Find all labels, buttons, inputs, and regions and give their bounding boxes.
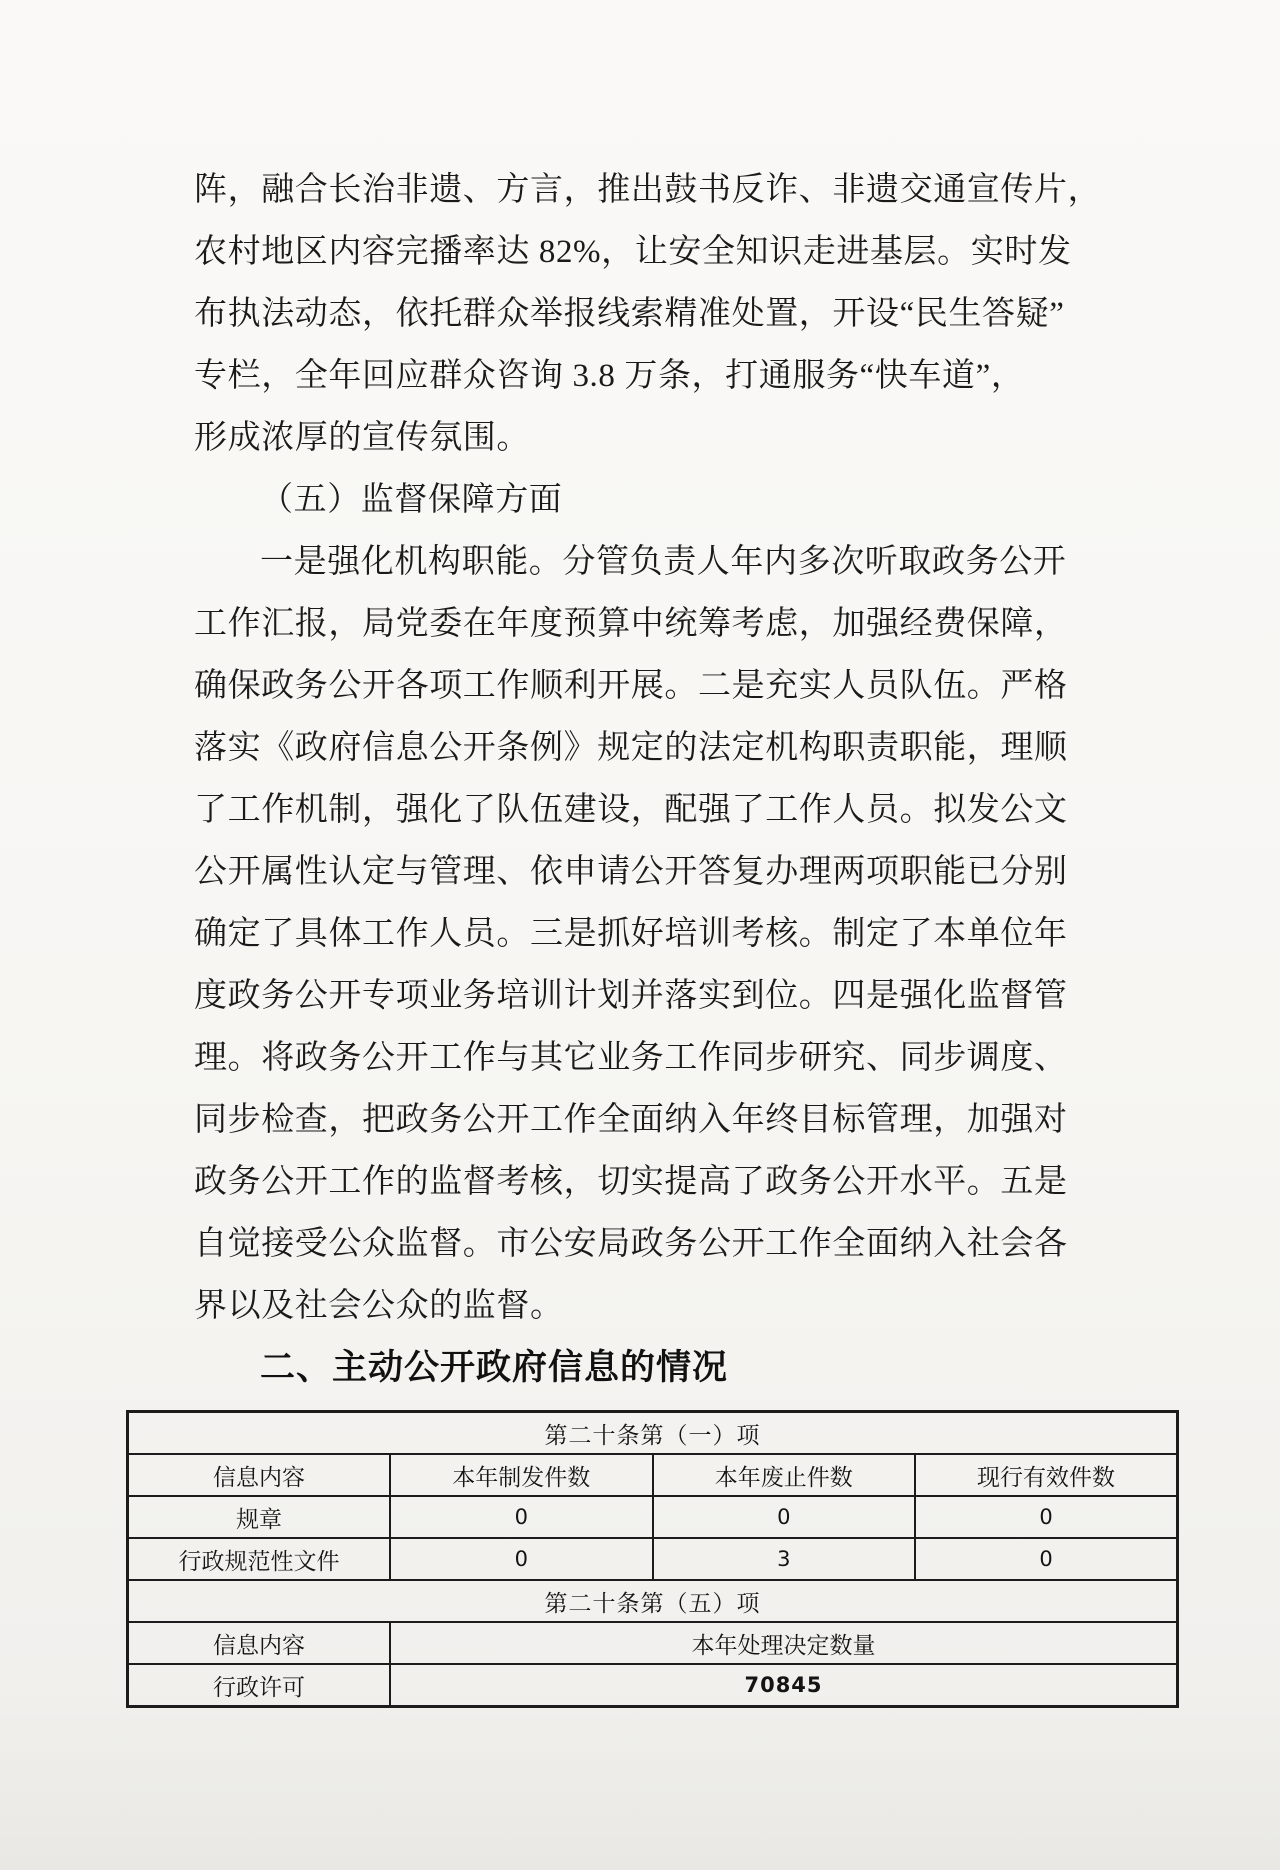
- table-row: 信息内容本年制发件数本年废止件数现行有效件数: [128, 1454, 1178, 1496]
- text-line: 阵，融合长治非遗、方言，推出鼓书反诈、非遗交通宣传片，: [194, 159, 1096, 221]
- text-line: 政务公开工作的监督考核，切实提高了政务公开水平。五是: [194, 1151, 1096, 1213]
- table-header-cell: 信息内容: [128, 1622, 391, 1664]
- table-row: 行政规范性文件030: [128, 1538, 1178, 1580]
- text-line: 界以及社会公众的监督。: [194, 1275, 1096, 1337]
- text-line: 落实《政府信息公开条例》规定的法定机构职责职能，理顺: [194, 717, 1096, 779]
- table-row: 第二十条第（一）项: [128, 1412, 1178, 1455]
- text-line: 工作汇报，局党委在年度预算中统筹考虑，加强经费保障，: [194, 593, 1096, 655]
- text-line: 自觉接受公众监督。市公安局政务公开工作全面纳入社会各: [194, 1213, 1096, 1275]
- text-line: 形成浓厚的宣传氛围。: [194, 407, 1096, 469]
- table-value-cell: 0: [653, 1496, 916, 1538]
- text-line: 专栏，全年回应群众咨询 3.8 万条，打通服务“快车道”，: [194, 345, 1096, 407]
- table-row: 信息内容本年处理决定数量: [128, 1622, 1178, 1664]
- text-line: 一是强化机构职能。分管负责人年内多次听取政务公开: [194, 531, 1096, 593]
- table-header-cell: 本年制发件数: [390, 1454, 653, 1496]
- text-line: 农村地区内容完播率达 82%，让安全知识走进基层。实时发: [194, 221, 1096, 283]
- table-value-cell: 0: [915, 1496, 1178, 1538]
- table-value-cell: 0: [390, 1496, 653, 1538]
- info-table-body: 第二十条第（一）项信息内容本年制发件数本年废止件数现行有效件数规章000行政规范…: [128, 1412, 1178, 1707]
- text-line: 布执法动态，依托群众举报线索精准处置，开设“民生答疑”: [194, 283, 1096, 345]
- text-line: 同步检查，把政务公开工作全面纳入年终目标管理，加强对: [194, 1089, 1096, 1151]
- table-row: 规章000: [128, 1496, 1178, 1538]
- text-line: 确定了具体工作人员。三是抓好培训考核。制定了本单位年: [194, 903, 1096, 965]
- text-line: （五）监督保障方面: [194, 469, 1096, 531]
- text-line: 度政务公开专项业务培训计划并落实到位。四是强化监督管: [194, 965, 1096, 1027]
- document-page: 阵，融合长治非遗、方言，推出鼓书反诈、非遗交通宣传片，农村地区内容完播率达 82…: [0, 0, 1280, 1870]
- text-line: 了工作机制，强化了队伍建设，配强了工作人员。拟发公文: [194, 779, 1096, 841]
- text-line: 公开属性认定与管理、依申请公开答复办理两项职能已分别: [194, 841, 1096, 903]
- table-header-cell: 信息内容: [128, 1454, 391, 1496]
- table-row: 第二十条第（五）项: [128, 1580, 1178, 1622]
- info-table-wrap: 第二十条第（一）项信息内容本年制发件数本年废止件数现行有效件数规章000行政规范…: [126, 1410, 1179, 1708]
- table-row: 行政许可70845: [128, 1664, 1178, 1707]
- info-table: 第二十条第（一）项信息内容本年制发件数本年废止件数现行有效件数规章000行政规范…: [126, 1410, 1179, 1708]
- table-row-label: 行政规范性文件: [128, 1538, 391, 1580]
- table-value-cell: 3: [653, 1538, 916, 1580]
- text-line: 确保政务公开各项工作顺利开展。二是充实人员队伍。严格: [194, 655, 1096, 717]
- table-section-title: 第二十条第（五）项: [128, 1580, 1178, 1622]
- text-line: 理。将政务公开工作与其它业务工作同步研究、同步调度、: [194, 1027, 1096, 1089]
- table-value-cell: 0: [915, 1538, 1178, 1580]
- table-value-cell: 0: [390, 1538, 653, 1580]
- table-row-label: 行政许可: [128, 1664, 391, 1707]
- section-heading: 二、主动公开政府信息的情况: [194, 1337, 1096, 1399]
- table-header-cell: 现行有效件数: [915, 1454, 1178, 1496]
- table-row-label: 规章: [128, 1496, 391, 1538]
- table-header-cell: 本年废止件数: [653, 1454, 916, 1496]
- document-body: 阵，融合长治非遗、方言，推出鼓书反诈、非遗交通宣传片，农村地区内容完播率达 82…: [194, 159, 1096, 1399]
- table-header-cell: 本年处理决定数量: [390, 1622, 1178, 1664]
- table-section-title: 第二十条第（一）项: [128, 1412, 1178, 1455]
- table-value-cell: 70845: [390, 1664, 1178, 1707]
